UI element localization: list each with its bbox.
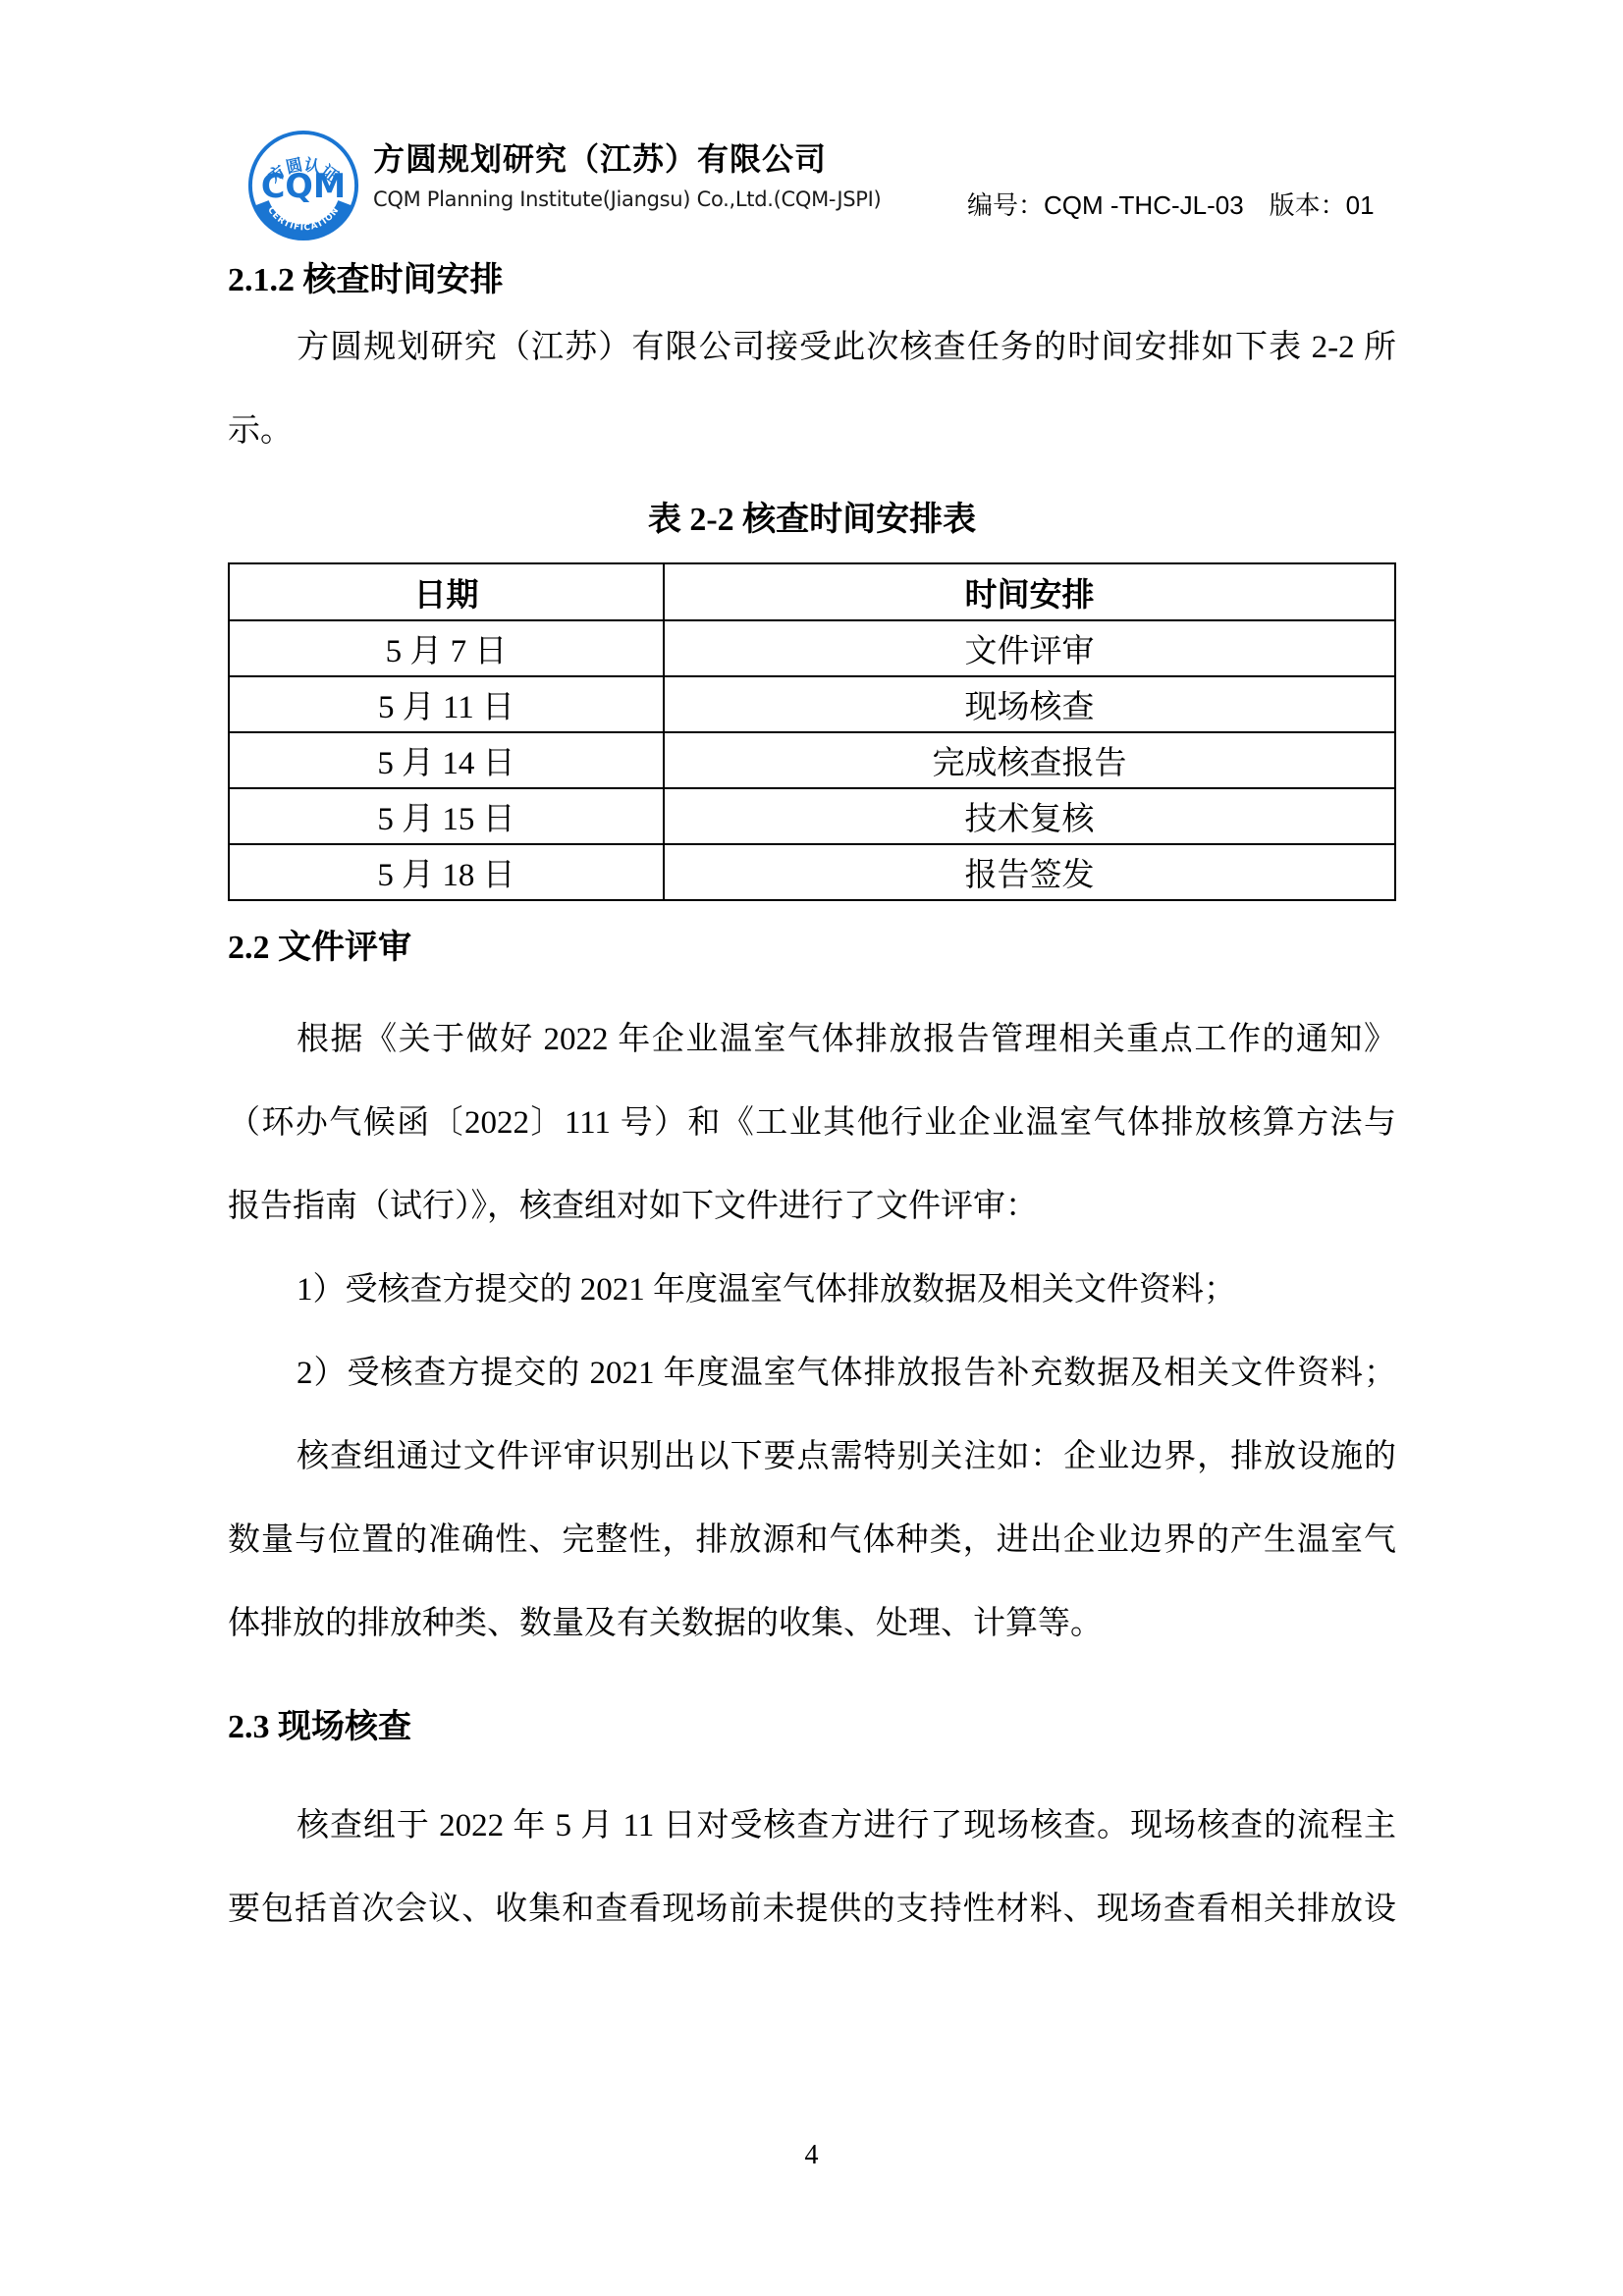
text-line: 根据《关于做好 2022 年企业温室气体排放报告管理相关重点工作的通知》 <box>228 998 1396 1082</box>
cqm-logo-icon: 方圆认证 CERTIFICATION CQM <box>245 128 361 243</box>
paragraph-2-2: 根据《关于做好 2022 年企业温室气体排放报告管理相关重点工作的通知》（环办气… <box>228 998 1396 1666</box>
table-cell-activity: 技术复核 <box>664 788 1395 844</box>
paragraph-2-3: 核查组于 2022 年 5 月 11 日对受核查方进行了现场核查。现场核查的流程… <box>228 1785 1396 1951</box>
table-cell-date: 5 月 18 日 <box>229 844 664 900</box>
table-row: 5 月 14 日 完成核查报告 <box>229 732 1395 788</box>
svg-text:CQM: CQM <box>261 167 346 205</box>
table-cell-activity: 报告签发 <box>664 844 1395 900</box>
paragraph-2-1-2: 方圆规划研究（江苏）有限公司接受此次核查任务的时间安排如下表 2-2 所示。 <box>228 306 1396 473</box>
text-line: 1）受核查方提交的 2021 年度温室气体排放数据及相关文件资料； <box>228 1249 1396 1332</box>
text-line: 报告指南（试行）》，核查组对如下文件进行了文件评审： <box>228 1165 1396 1249</box>
text-line: 数量与位置的准确性、完整性，排放源和气体种类，进出企业边界的产生温室气 <box>228 1499 1396 1582</box>
table-cell-date: 5 月 11 日 <box>229 676 664 732</box>
text-line: 要包括首次会议、收集和查看现场前未提供的支持性材料、现场查看相关排放设 <box>228 1868 1396 1951</box>
page-number: 4 <box>0 2136 1623 2175</box>
table-cell-date: 5 月 14 日 <box>229 732 664 788</box>
section-heading-2-2: 2.2 文件评审 <box>228 928 1396 969</box>
table-row: 5 月 7 日 文件评审 <box>229 620 1395 676</box>
company-name-cn: 方圆规划研究（江苏）有限公司 <box>373 137 881 181</box>
text-line: 示。 <box>228 390 1396 473</box>
table-row: 5 月 11 日 现场核查 <box>229 676 1395 732</box>
document-number: 编号：CQM -THC-JL-03 版本：01 <box>967 188 1375 222</box>
section-heading-2-3: 2.3 现场核查 <box>228 1707 1396 1748</box>
table-header-cell: 日期 <box>229 563 664 620</box>
table-header-cell: 时间安排 <box>664 563 1395 620</box>
company-name-en: CQM Planning Institute(Jiangsu) Co.,Ltd.… <box>373 187 881 212</box>
table-cell-activity: 完成核查报告 <box>664 732 1395 788</box>
text-line: 体排放的排放种类、数量及有关数据的收集、处理、计算等。 <box>228 1582 1396 1666</box>
table-header-row: 日期时间安排 <box>229 563 1395 620</box>
table-row: 5 月 15 日 技术复核 <box>229 788 1395 844</box>
text-line: （环办气候函〔2022〕111 号）和《工业其他行业企业温室气体排放核算方法与 <box>228 1082 1396 1165</box>
text-line: 2）受核查方提交的 2021 年度温室气体排放报告补充数据及相关文件资料； <box>228 1332 1396 1415</box>
document-page: 方圆认证 CERTIFICATION CQM 方圆规划研究（江苏）有限公司 CQ… <box>0 0 1623 2296</box>
text-line: 核查组通过文件评审识别出以下要点需特别关注如：企业边界，排放设施的 <box>228 1415 1396 1499</box>
section-heading-2-1-2: 2.1.2 核查时间安排 <box>228 260 1396 301</box>
schedule-table: 日期时间安排 5 月 7 日 文件评审 5 月 11 日 现场核查 5 月 14… <box>228 562 1396 901</box>
cqm-logo: 方圆认证 CERTIFICATION CQM <box>245 128 361 243</box>
table-cell-date: 5 月 15 日 <box>229 788 664 844</box>
text-line: 核查组于 2022 年 5 月 11 日对受核查方进行了现场核查。现场核查的流程… <box>228 1785 1396 1868</box>
text-line: 方圆规划研究（江苏）有限公司接受此次核查任务的时间安排如下表 2-2 所 <box>228 306 1396 390</box>
table-caption: 表 2-2 核查时间安排表 <box>228 500 1396 541</box>
table-cell-activity: 文件评审 <box>664 620 1395 676</box>
company-identity: 方圆规划研究（江苏）有限公司 CQM Planning Institute(Ji… <box>373 137 881 212</box>
table-cell-date: 5 月 7 日 <box>229 620 664 676</box>
table-row: 5 月 18 日 报告签发 <box>229 844 1395 900</box>
table-cell-activity: 现场核查 <box>664 676 1395 732</box>
